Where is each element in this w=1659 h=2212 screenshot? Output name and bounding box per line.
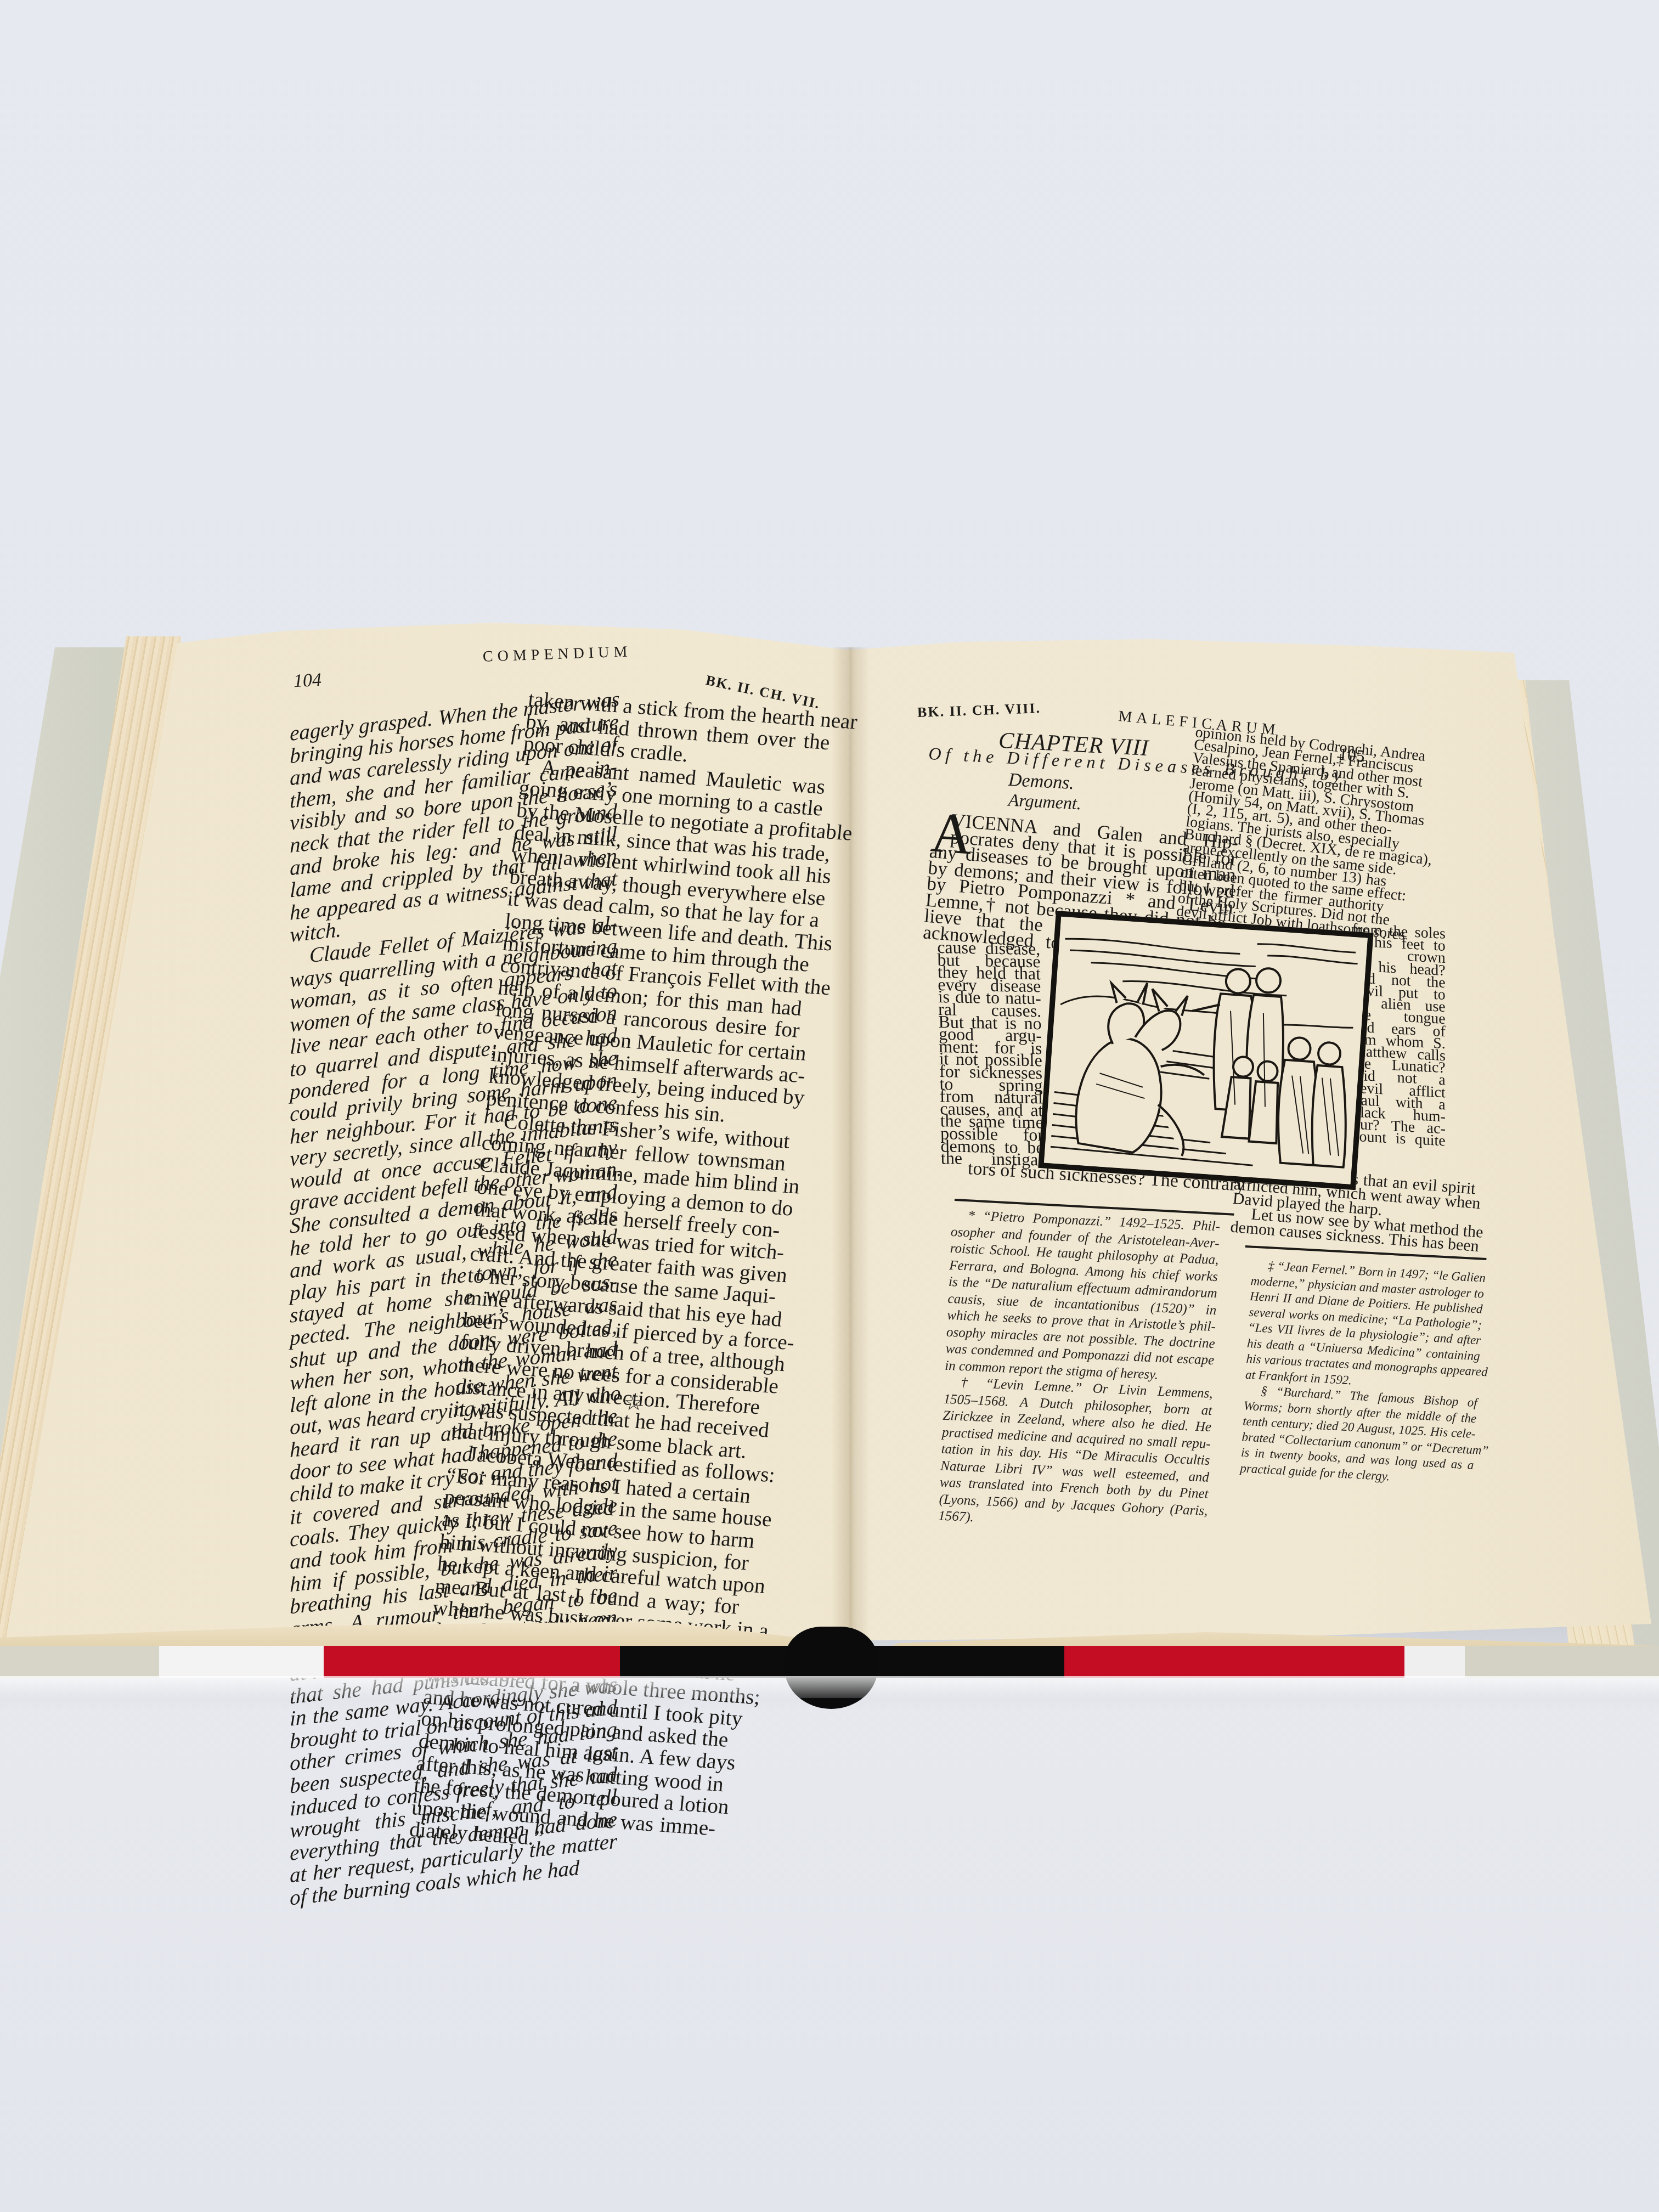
woodcut-demons-icon	[1044, 917, 1368, 1184]
woodcut-illustration	[1038, 911, 1373, 1190]
footnotes-left-column: * “Pietro Pomponazzi.” 1492–1525. Phil-o…	[938, 1207, 1221, 1536]
right-page-column-1-narrow: cause disease,but becausethey held thate…	[937, 941, 1044, 1166]
section-marker-right: BK. II. CH. VIII.	[917, 700, 1041, 721]
text-line: count is quite	[1352, 1131, 1446, 1148]
dust-jacket-red-left	[324, 1646, 620, 1678]
dust-jacket-red-right	[1064, 1646, 1404, 1678]
footnotes-right-column: ‡ “Jean Fernel.” Born in 1497; “le Galie…	[1240, 1257, 1485, 1489]
argument-label: Argument.	[1008, 790, 1082, 814]
right-page-content: BK. II. CH. VIII. MALEFICARUM 105 CHAPTE…	[0, 0, 1659, 2212]
dust-jacket-white-left	[0, 1646, 329, 1678]
dust-jacket-white-right	[1404, 1646, 1659, 1678]
protective-mylar-cover	[0, 1676, 1659, 1698]
right-page-column-2-opening: opinion is held by Codronchi, AndreaCesa…	[1176, 726, 1401, 939]
